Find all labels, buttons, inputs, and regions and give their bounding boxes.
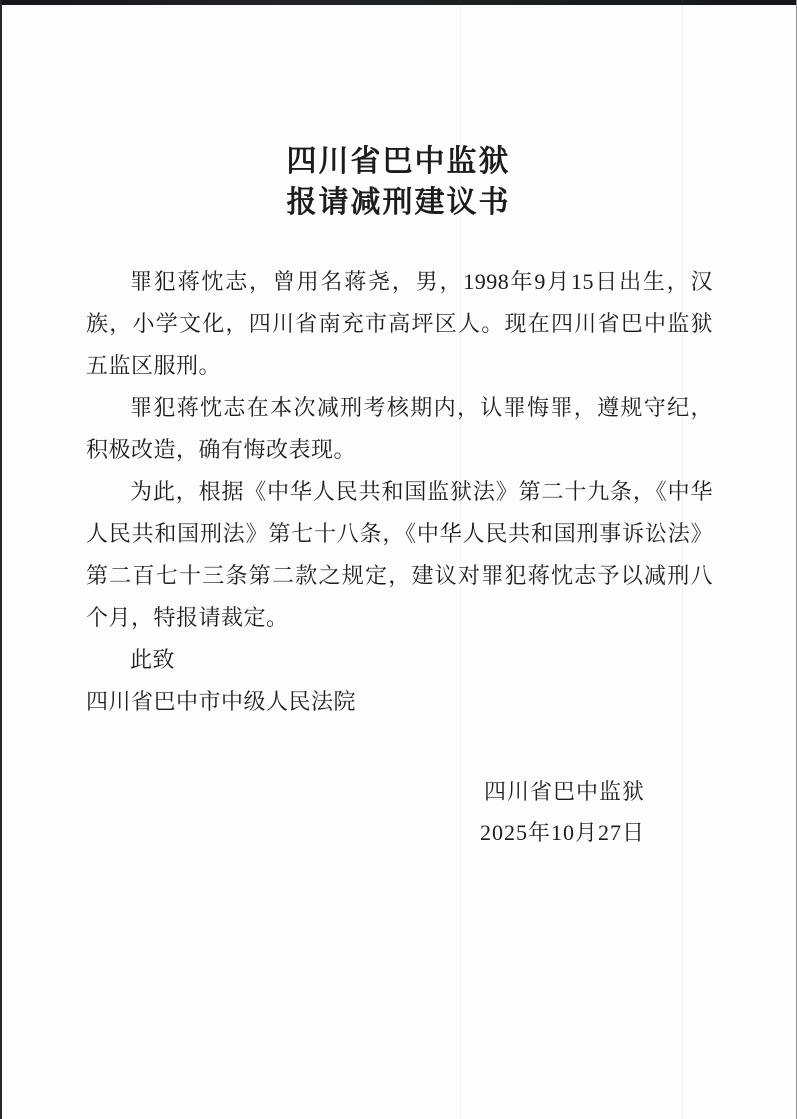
signature-block: 四川省巴中监狱 2025年10月27日 [0,771,797,853]
scan-artifact-fold-line [682,0,683,1119]
paragraph-performance-assessment: 罪犯蒋忱志在本次减刑考核期内，认罪悔罪，遵规守纪，积极改造，确有悔改表现。 [86,387,713,471]
title-line-organization: 四川省巴中监狱 [0,141,797,182]
scan-artifact-fold-line [460,0,461,1119]
signature-date: 2025年10月27日 [0,812,645,853]
title-line-document-type: 报请减刑建议书 [0,182,797,223]
scan-artifact-top-strip [0,0,797,5]
scan-artifact-left-edge [0,0,2,1119]
closing-recipient-court: 四川省巴中市中级人民法院 [86,681,713,723]
paragraph-prisoner-facts: 罪犯蒋忱志，曾用名蒋尧，男，1998年9月15日出生，汉族，小学文化，四川省南充… [86,261,713,387]
document-page: 四川省巴中监狱 报请减刑建议书 罪犯蒋忱志，曾用名蒋尧，男，1998年9月15日… [0,0,797,1119]
document-title: 四川省巴中监狱 报请减刑建议书 [0,0,797,223]
paragraph-legal-basis-recommendation: 为此，根据《中华人民共和国监狱法》第二十九条，《中华人民共和国刑法》第七十八条，… [86,471,713,639]
document-body: 罪犯蒋忱志，曾用名蒋尧，男，1998年9月15日出生，汉族，小学文化，四川省南充… [0,261,797,723]
signature-organization: 四川省巴中监狱 [0,771,645,812]
closing-salutation: 此致 [86,639,713,681]
